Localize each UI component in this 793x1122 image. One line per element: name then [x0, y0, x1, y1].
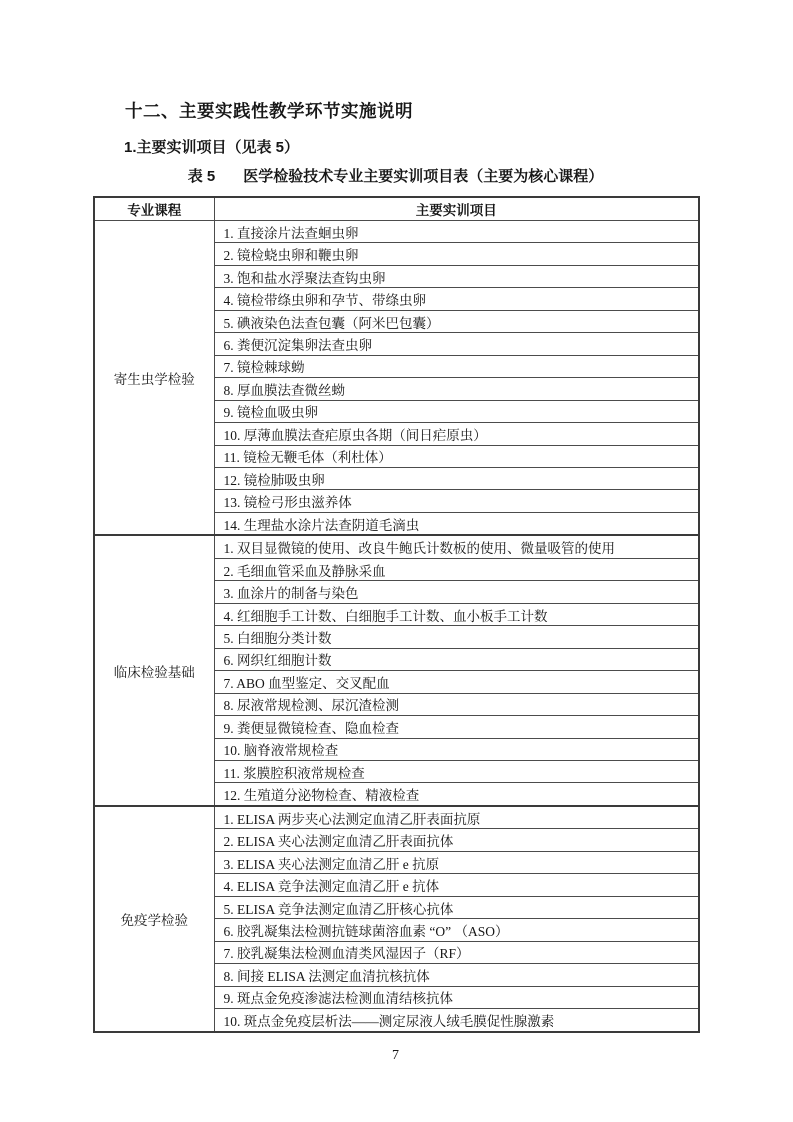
table-row: 临床检验基础1. 双目显微镜的使用、改良牛鲍氏计数板的使用、微量吸管的使用: [94, 535, 699, 558]
training-item-cell: 13. 镜检弓形虫滋养体: [214, 490, 699, 512]
table-header-row: 专业课程 主要实训项目: [94, 197, 699, 221]
training-item-cell: 1. 直接涂片法查蛔虫卵: [214, 221, 699, 243]
course-name-cell: 免疫学检验: [94, 806, 214, 1032]
training-item-cell: 7. ABO 血型鉴定、交叉配血: [214, 671, 699, 693]
training-item-cell: 1. ELISA 两步夹心法测定血清乙肝表面抗原: [214, 806, 699, 829]
training-item-cell: 4. 镜检带绦虫卵和孕节、带绦虫卵: [214, 288, 699, 310]
training-item-cell: 8. 间接 ELISA 法测定血清抗核抗体: [214, 964, 699, 986]
training-item-cell: 14. 生理盐水涂片法查阴道毛滴虫: [214, 512, 699, 535]
table-caption-title: 医学检验技术专业主要实训项目表（主要为核心课程）: [243, 168, 603, 185]
training-item-cell: 10. 脑脊液常规检查: [214, 738, 699, 760]
training-item-cell: 12. 镜检肺吸虫卵: [214, 467, 699, 489]
column-header-items: 主要实训项目: [214, 197, 699, 221]
training-table-body: 寄生虫学检验1. 直接涂片法查蛔虫卵2. 镜检蛲虫卵和鞭虫卵3. 饱和盐水浮聚法…: [94, 221, 699, 1033]
training-item-cell: 2. 毛细血管采血及静脉采血: [214, 558, 699, 580]
course-name-cell: 临床检验基础: [94, 535, 214, 806]
training-item-cell: 5. 白细胞分类计数: [214, 626, 699, 648]
training-item-cell: 12. 生殖道分泌物检查、精液检查: [214, 783, 699, 806]
training-item-cell: 8. 厚血膜法查微丝蚴: [214, 378, 699, 400]
training-item-cell: 11. 镜检无鞭毛体（利杜体）: [214, 445, 699, 467]
training-item-cell: 1. 双目显微镜的使用、改良牛鲍氏计数板的使用、微量吸管的使用: [214, 535, 699, 558]
training-item-cell: 4. 红细胞手工计数、白细胞手工计数、血小板手工计数: [214, 603, 699, 625]
table-caption: 表 5医学检验技术专业主要实训项目表（主要为核心课程）: [93, 166, 698, 187]
training-item-cell: 3. 血涂片的制备与染色: [214, 581, 699, 603]
training-item-cell: 3. 饱和盐水浮聚法查钩虫卵: [214, 265, 699, 287]
training-item-cell: 10. 厚薄血膜法查疟原虫各期（间日疟原虫）: [214, 423, 699, 445]
page-number: 7: [93, 1047, 698, 1065]
training-item-cell: 4. ELISA 竞争法测定血清乙肝 e 抗体: [214, 874, 699, 896]
section-heading: 十二、主要实践性教学环节实施说明: [125, 99, 793, 123]
training-item-cell: 10. 斑点金免疫层析法——测定尿液人绒毛膜促性腺激素: [214, 1009, 699, 1032]
table-row: 免疫学检验1. ELISA 两步夹心法测定血清乙肝表面抗原: [94, 806, 699, 829]
training-item-cell: 6. 网织红细胞计数: [214, 648, 699, 670]
subsection-heading: 1.主要实训项目（见表 5）: [124, 137, 793, 158]
training-item-cell: 5. 碘液染色法查包囊（阿米巴包囊）: [214, 310, 699, 332]
training-item-cell: 8. 尿液常规检测、尿沉渣检测: [214, 693, 699, 715]
table-row: 寄生虫学检验1. 直接涂片法查蛔虫卵: [94, 221, 699, 243]
training-item-cell: 2. ELISA 夹心法测定血清乙肝表面抗体: [214, 829, 699, 851]
training-item-cell: 6. 胶乳凝集法检测抗链球菌溶血素 “O” （ASO）: [214, 919, 699, 941]
training-item-cell: 7. 镜检棘球蚴: [214, 355, 699, 377]
training-item-cell: 9. 斑点金免疫渗滤法检测血清结核抗体: [214, 986, 699, 1008]
training-item-cell: 6. 粪便沉淀集卵法查虫卵: [214, 333, 699, 355]
training-item-cell: 2. 镜检蛲虫卵和鞭虫卵: [214, 243, 699, 265]
table-caption-label: 表 5: [188, 168, 216, 185]
training-projects-table: 专业课程 主要实训项目 寄生虫学检验1. 直接涂片法查蛔虫卵2. 镜检蛲虫卵和鞭…: [93, 196, 700, 1033]
document-page: 十二、主要实践性教学环节实施说明 1.主要实训项目（见表 5） 表 5医学检验技…: [0, 0, 793, 1122]
column-header-course: 专业课程: [94, 197, 214, 221]
training-item-cell: 7. 胶乳凝集法检测血清类风湿因子（RF）: [214, 941, 699, 963]
training-item-cell: 9. 镜检血吸虫卵: [214, 400, 699, 422]
training-item-cell: 9. 粪便显微镜检查、隐血检查: [214, 716, 699, 738]
training-item-cell: 11. 浆膜腔积液常规检查: [214, 760, 699, 782]
training-item-cell: 3. ELISA 夹心法测定血清乙肝 e 抗原: [214, 851, 699, 873]
training-item-cell: 5. ELISA 竞争法测定血清乙肝核心抗体: [214, 896, 699, 918]
course-name-cell: 寄生虫学检验: [94, 221, 214, 536]
